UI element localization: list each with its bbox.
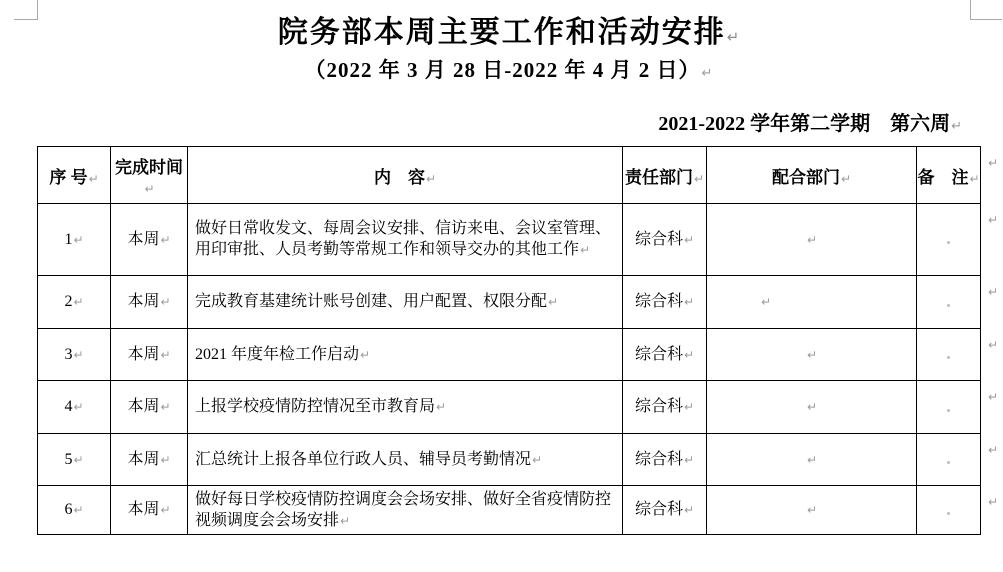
time-cell: 本周↵ <box>111 276 188 329</box>
paragraph-mark-icon: ↵ <box>73 348 83 362</box>
header-cell-0: 序 号↵ <box>38 147 111 204</box>
paragraph-mark-icon: ↵ <box>160 233 170 247</box>
paragraph-mark-icon: ↵ <box>702 66 713 81</box>
paragraph-mark-icon: ↵ <box>340 514 350 528</box>
note-cell <box>917 434 981 486</box>
seq-cell-text: 5 <box>64 451 72 468</box>
coop-cell: ↵ <box>707 329 917 381</box>
paragraph-mark-icon: ↵ <box>144 182 154 196</box>
time-cell: 本周↵ <box>111 434 188 486</box>
cell-end-dot-icon <box>947 512 950 515</box>
paragraph-mark-icon: ↵ <box>727 28 740 46</box>
dept-cell-text: 综合科 <box>635 451 683 468</box>
paragraph-mark-icon: ↵ <box>684 233 694 247</box>
content-cell-text: 做好日常收发文、每周会议安排、信访来电、会议室管理、用印审批、人员考勤等常规工作… <box>195 220 611 258</box>
content-cell-text: 完成教育基建统计账号创建、用户配置、权限分配 <box>195 293 547 310</box>
coop-cell: ↵ <box>707 486 917 535</box>
table-row: 4↵本周↵上报学校疫情防控情况至市教育局↵综合科↵↵↵ <box>38 381 1003 434</box>
header-cell-0-text: 序 号 <box>49 168 87 187</box>
paragraph-mark-icon: ↵ <box>426 172 436 186</box>
paragraph-mark-icon: ↵ <box>988 338 998 352</box>
paragraph-mark-icon: ↵ <box>988 285 998 299</box>
paragraph-mark-icon: ↵ <box>807 233 817 247</box>
time-cell-text: 本周 <box>127 501 159 518</box>
margin-corner-left-icon <box>14 0 38 20</box>
paragraph-mark-icon: ↵ <box>73 400 83 414</box>
paragraph-mark-icon: ↵ <box>988 213 998 227</box>
table-row: 3↵本周↵2021 年度年检工作启动↵综合科↵↵↵ <box>38 329 1003 381</box>
seq-cell-text: 1 <box>64 231 72 248</box>
content-cell-text: 上报学校疫情防控情况至市教育局 <box>195 398 435 415</box>
seq-cell: 1↵ <box>38 204 111 276</box>
row-end-mark: ↵ <box>981 204 1003 276</box>
semester-line-text: 2021-2022 学年第二学期 第六周 <box>658 113 950 135</box>
dept-cell-text: 综合科 <box>635 231 683 248</box>
paragraph-mark-icon: ↵ <box>684 400 694 414</box>
header-cell-2-text: 内 容 <box>374 168 425 187</box>
seq-cell-text: 3 <box>64 346 72 363</box>
dept-cell: 综合科↵ <box>623 204 707 276</box>
header-row: 序 号↵完成时间↵内 容↵责任部门↵配合部门↵备 注↵↵ <box>38 147 1003 204</box>
row-end-mark: ↵ <box>981 147 1003 204</box>
time-cell-text: 本周 <box>127 293 159 310</box>
dept-cell-text: 综合科 <box>635 398 683 415</box>
seq-cell: 6↵ <box>38 486 111 535</box>
paragraph-mark-icon: ↵ <box>73 295 83 309</box>
paragraph-mark-icon: ↵ <box>73 233 83 247</box>
paragraph-mark-icon: ↵ <box>761 295 771 309</box>
paragraph-mark-icon: ↵ <box>360 348 370 362</box>
header-cell-4-text: 配合部门 <box>772 168 840 187</box>
paragraph-mark-icon: ↵ <box>988 156 998 170</box>
time-cell: 本周↵ <box>111 486 188 535</box>
paragraph-mark-icon: ↵ <box>684 295 694 309</box>
table-row: 5↵本周↵汇总统计上报各单位行政人员、辅导员考勤情况↵综合科↵↵↵ <box>38 434 1003 486</box>
content-cell-text: 汇总统计上报各单位行政人员、辅导员考勤情况 <box>195 451 531 468</box>
paragraph-mark-icon: ↵ <box>807 453 817 467</box>
dept-cell: 综合科↵ <box>623 434 707 486</box>
table-row: 6↵本周↵做好每日学校疫情防控调度会会场安排、做好全省疫情防控视频调度会会场安排… <box>38 486 1003 535</box>
coop-cell: ↵ <box>707 204 917 276</box>
header-cell-4: 配合部门↵ <box>707 147 917 204</box>
dept-cell: 综合科↵ <box>623 276 707 329</box>
paragraph-mark-icon: ↵ <box>684 348 694 362</box>
paragraph-mark-icon: ↵ <box>951 119 962 134</box>
note-cell <box>917 381 981 434</box>
cell-end-dot-icon <box>947 241 950 244</box>
paragraph-mark-icon: ↵ <box>807 348 817 362</box>
content-cell: 做好每日学校疫情防控调度会会场安排、做好全省疫情防控视频调度会会场安排↵ <box>188 486 623 535</box>
time-cell-text: 本周 <box>127 231 159 248</box>
table-header-row: 序 号↵完成时间↵内 容↵责任部门↵配合部门↵备 注↵↵ <box>38 147 1003 204</box>
content-cell: 汇总统计上报各单位行政人员、辅导员考勤情况↵ <box>188 434 623 486</box>
cell-end-dot-icon <box>947 356 950 359</box>
note-cell <box>917 486 981 535</box>
row-end-mark: ↵ <box>981 329 1003 381</box>
paragraph-mark-icon: ↵ <box>684 503 694 517</box>
table-row: 1↵本周↵做好日常收发文、每周会议安排、信访来电、会议室管理、用印审批、人员考勤… <box>38 204 1003 276</box>
paragraph-mark-icon: ↵ <box>436 400 446 414</box>
paragraph-mark-icon: ↵ <box>160 400 170 414</box>
document-page: { "document": { "title": "院务部本周主要工作和活动安排… <box>0 0 1003 572</box>
coop-cell: ↵ <box>707 276 917 329</box>
dept-cell: 综合科↵ <box>623 486 707 535</box>
paragraph-mark-icon: ↵ <box>807 503 817 517</box>
document-subtitle-text: （2022 年 3 月 28 日-2022 年 4 月 2 日） <box>305 58 701 82</box>
content-cell-text: 2021 年度年检工作启动 <box>195 346 359 363</box>
dept-cell-text: 综合科 <box>635 501 683 518</box>
coop-cell: ↵ <box>707 434 917 486</box>
seq-cell: 5↵ <box>38 434 111 486</box>
content-cell: 2021 年度年检工作启动↵ <box>188 329 623 381</box>
table-row: 2↵本周↵完成教育基建统计账号创建、用户配置、权限分配↵综合科↵↵↵ <box>38 276 1003 329</box>
paragraph-mark-icon: ↵ <box>841 172 851 186</box>
header-cell-1-text: 完成时间 <box>115 158 183 177</box>
content-cell-text: 做好每日学校疫情防控调度会会场安排、做好全省疫情防控视频调度会会场安排 <box>195 491 611 529</box>
table-body: 1↵本周↵做好日常收发文、每周会议安排、信访来电、会议室管理、用印审批、人员考勤… <box>38 204 1003 535</box>
paragraph-mark-icon: ↵ <box>160 348 170 362</box>
seq-cell-text: 6 <box>64 501 72 518</box>
paragraph-mark-icon: ↵ <box>548 295 558 309</box>
header-cell-3: 责任部门↵ <box>623 147 707 204</box>
content-cell: 完成教育基建统计账号创建、用户配置、权限分配↵ <box>188 276 623 329</box>
row-end-mark: ↵ <box>981 381 1003 434</box>
time-cell: 本周↵ <box>111 204 188 276</box>
header-cell-2: 内 容↵ <box>188 147 623 204</box>
paragraph-mark-icon: ↵ <box>73 503 83 517</box>
header-cell-1: 完成时间↵ <box>111 147 188 204</box>
time-cell: 本周↵ <box>111 381 188 434</box>
document-title: 院务部本周主要工作和活动安排↵ <box>37 14 980 56</box>
document-title-text: 院务部本周主要工作和活动安排 <box>278 16 726 49</box>
paragraph-mark-icon: ↵ <box>684 453 694 467</box>
seq-cell: 4↵ <box>38 381 111 434</box>
paragraph-mark-icon: ↵ <box>580 243 590 257</box>
note-cell <box>917 276 981 329</box>
paragraph-mark-icon: ↵ <box>988 495 998 509</box>
paragraph-mark-icon: ↵ <box>988 390 998 404</box>
seq-cell: 3↵ <box>38 329 111 381</box>
header-cell-3-text: 责任部门 <box>625 168 693 187</box>
dept-cell: 综合科↵ <box>623 329 707 381</box>
dept-cell: 综合科↵ <box>623 381 707 434</box>
time-cell-text: 本周 <box>127 398 159 415</box>
content-cell: 做好日常收发文、每周会议安排、信访来电、会议室管理、用印审批、人员考勤等常规工作… <box>188 204 623 276</box>
paragraph-mark-icon: ↵ <box>532 453 542 467</box>
work-schedule-table: 序 号↵完成时间↵内 容↵责任部门↵配合部门↵备 注↵↵ 1↵本周↵做好日常收发… <box>37 146 1003 535</box>
paragraph-mark-icon: ↵ <box>73 453 83 467</box>
cell-end-dot-icon <box>947 461 950 464</box>
paragraph-mark-icon: ↵ <box>807 400 817 414</box>
paragraph-mark-icon: ↵ <box>694 172 704 186</box>
document-subtitle: （2022 年 3 月 28 日-2022 年 4 月 2 日）↵ <box>37 56 980 88</box>
dept-cell-text: 综合科 <box>635 346 683 363</box>
paragraph-mark-icon: ↵ <box>988 443 998 457</box>
paragraph-mark-icon: ↵ <box>89 172 99 186</box>
paragraph-mark-icon: ↵ <box>160 453 170 467</box>
cell-end-dot-icon <box>947 304 950 307</box>
time-cell-text: 本周 <box>127 451 159 468</box>
paragraph-mark-icon: ↵ <box>160 503 170 517</box>
header-cell-5-text: 备 注 <box>917 168 968 187</box>
semester-line: 2021-2022 学年第二学期 第六周↵ <box>37 110 980 141</box>
header-cell-5: 备 注↵ <box>917 147 981 204</box>
row-end-mark: ↵ <box>981 276 1003 329</box>
seq-cell-text: 4 <box>64 398 72 415</box>
paragraph-mark-icon: ↵ <box>160 295 170 309</box>
seq-cell-text: 2 <box>64 293 72 310</box>
note-cell <box>917 329 981 381</box>
coop-cell: ↵ <box>707 381 917 434</box>
cell-end-dot-icon <box>947 409 950 412</box>
dept-cell-text: 综合科 <box>635 293 683 310</box>
row-end-mark: ↵ <box>981 486 1003 535</box>
row-end-mark: ↵ <box>981 434 1003 486</box>
note-cell <box>917 204 981 276</box>
time-cell-text: 本周 <box>127 346 159 363</box>
time-cell: 本周↵ <box>111 329 188 381</box>
seq-cell: 2↵ <box>38 276 111 329</box>
content-cell: 上报学校疫情防控情况至市教育局↵ <box>188 381 623 434</box>
paragraph-mark-icon: ↵ <box>969 172 979 186</box>
